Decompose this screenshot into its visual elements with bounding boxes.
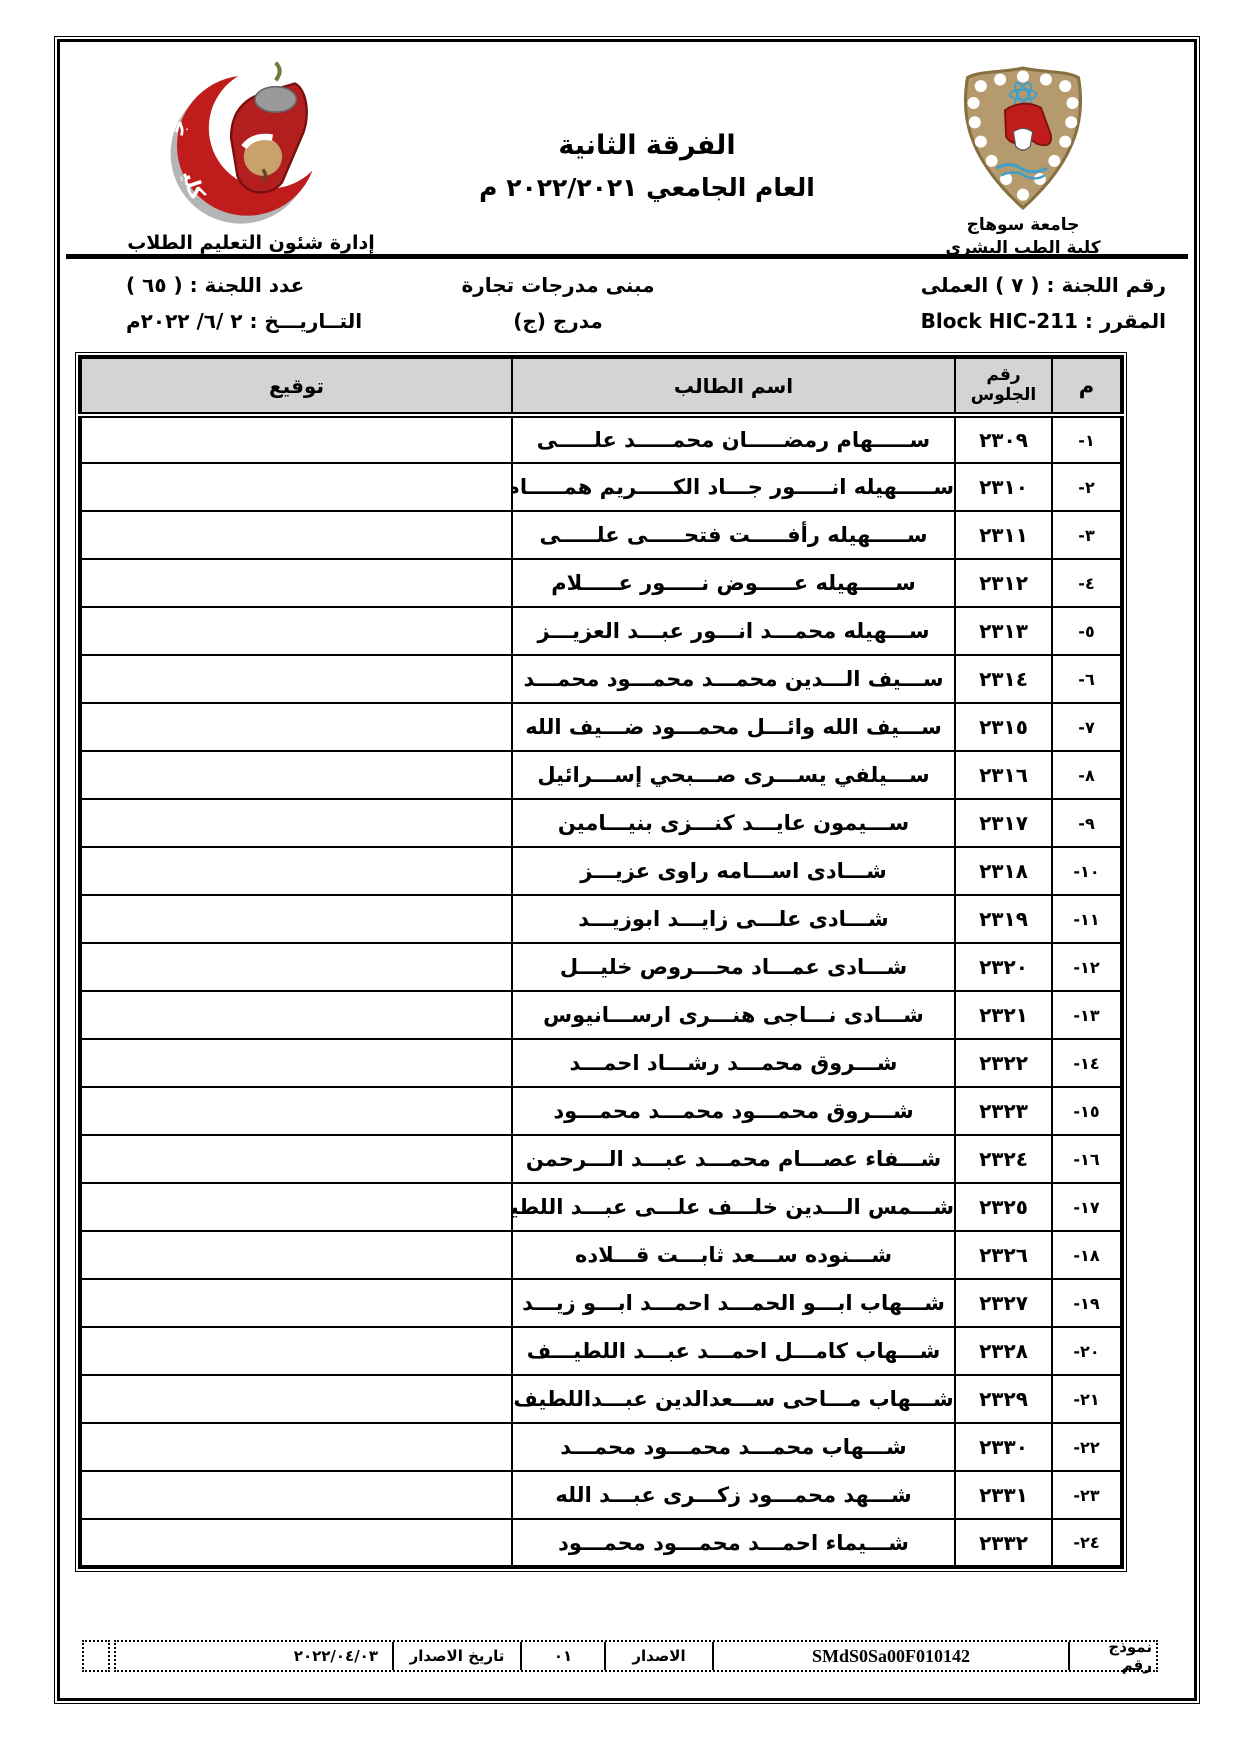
table-row: ٢٠- ٢٣٢٨ شـــهاب كامـــل احمـــد عبـــد … (80, 1327, 1122, 1375)
row-number: ٢٢- (1052, 1423, 1122, 1471)
row-number: ١٤- (1052, 1039, 1122, 1087)
seat-number: ٢٣١٣ (955, 607, 1052, 655)
signature-cell (80, 799, 512, 847)
table-header-row: م رقم الجلوس اسم الطالب توقيع (80, 357, 1122, 415)
row-number: ٢٤- (1052, 1519, 1122, 1567)
signature-cell (80, 751, 512, 799)
table-row: ١٤- ٢٣٢٢ شـــروق محمـــد رشـــاد احمـــد (80, 1039, 1122, 1087)
form-footer: نموذج رقم SMdS0Sa00F010142 الاصدار ٠١ تا… (82, 1640, 1158, 1672)
student-name: شـــيماء احمـــد محمـــود محمـــود (512, 1519, 955, 1567)
committee-count: عدد اللجنة : ( ٦٥ ) (66, 273, 398, 297)
table-row: ١١- ٢٣١٩ شـــادى علـــى زايـــد ابوزيـــ… (80, 895, 1122, 943)
title-block: الفرقة الثانية العام الجامعي ٢٠٢٢/٢٠٢١ م (436, 42, 858, 202)
seat-number: ٢٣٢٢ (955, 1039, 1052, 1087)
table-row: ١٥- ٢٣٢٣ شـــروق محمـــود محمـــد محمـــ… (80, 1087, 1122, 1135)
signature-cell (80, 943, 512, 991)
signature-cell (80, 1279, 512, 1327)
column-header-signature: توقيع (80, 357, 512, 415)
seat-number: ٢٣٣١ (955, 1471, 1052, 1519)
row-number: ١٠- (1052, 847, 1122, 895)
student-name: شـــادى اســـامه راوى عزيـــز (512, 847, 955, 895)
info-row-1: رقم اللجنة : ( ٧ ) العملى مبنى مدرجات تج… (66, 267, 1188, 303)
row-number: ١٥- (1052, 1087, 1122, 1135)
course-code: المقرر : Block HIC-211 (718, 309, 1188, 333)
university-branding: جامعة سوهاج كلية الطب البشرى (858, 42, 1188, 260)
signature-cell (80, 559, 512, 607)
seat-number: ٢٣٢٠ (955, 943, 1052, 991)
table-row: ١٦- ٢٣٢٤ شـــفاء عصـــام محمـــد عبـــد … (80, 1135, 1122, 1183)
table-row: ١٩- ٢٣٢٧ شـــهاب ابـــو الحمـــد احمـــد… (80, 1279, 1122, 1327)
row-number: ٤- (1052, 559, 1122, 607)
signature-cell (80, 1423, 512, 1471)
student-name: ســـيف الله وائـــل محمـــود ضـــيف الله (512, 703, 955, 751)
row-number: ٦- (1052, 655, 1122, 703)
issue-label: الاصدار (604, 1642, 712, 1670)
seat-number: ٢٣٢٩ (955, 1375, 1052, 1423)
student-name: شـــمس الـــدين خلـــف علـــى عبـــد الل… (512, 1183, 955, 1231)
student-name: شـــفاء عصـــام محمـــد عبـــد الـــرحمن (512, 1135, 955, 1183)
row-number: ١٢- (1052, 943, 1122, 991)
form-footer-bar: نموذج رقم SMdS0Sa00F010142 الاصدار ٠١ تا… (114, 1640, 1158, 1672)
seat-number: ٢٣٢٥ (955, 1183, 1052, 1231)
table-row: ٢٣- ٢٣٣١ شـــهد محمـــود زكـــرى عبـــد … (80, 1471, 1122, 1519)
student-name: ســـهيله محمـــد انـــور عبـــد العزيـــ… (512, 607, 955, 655)
signature-cell (80, 1039, 512, 1087)
row-number: ١١- (1052, 895, 1122, 943)
seat-number: ٢٣٣٠ (955, 1423, 1052, 1471)
table-row: ٥- ٢٣١٣ ســـهيله محمـــد انـــور عبـــد … (80, 607, 1122, 655)
grade-title: الفرقة الثانية (436, 130, 858, 161)
building-name: مبنى مدرجات تجارة (398, 273, 718, 297)
table-row: ٤- ٢٣١٢ ســـــهيله عـــــوض نـــــور عــ… (80, 559, 1122, 607)
form-number-label: نموذج رقم (1068, 1642, 1156, 1670)
administration-name: إدارة شئون التعليم الطلاب (66, 232, 436, 254)
row-number: ١٨- (1052, 1231, 1122, 1279)
table-row: ٧- ٢٣١٥ ســـيف الله وائـــل محمـــود ضــ… (80, 703, 1122, 751)
seat-number: ٢٣١٦ (955, 751, 1052, 799)
row-number: ١٧- (1052, 1183, 1122, 1231)
seat-number: ٢٣١٠ (955, 463, 1052, 511)
student-name: شـــروق محمـــود محمـــد محمـــود (512, 1087, 955, 1135)
signature-cell (80, 607, 512, 655)
seat-number: ٢٣١١ (955, 511, 1052, 559)
table-row: ٦- ٢٣١٤ ســـيف الـــدين محمـــد محمـــود… (80, 655, 1122, 703)
student-name: شـــروق محمـــد رشـــاد احمـــد (512, 1039, 955, 1087)
signature-cell (80, 415, 512, 463)
seat-number: ٢٣١٩ (955, 895, 1052, 943)
administration-branding: جامعة سوهاج كلية الطب إدارة شئون التعليم… (66, 42, 436, 254)
seat-number: ٢٣٢٦ (955, 1231, 1052, 1279)
form-code: SMdS0Sa00F010142 (712, 1642, 1068, 1670)
issue-date-value: ٢٠٢٢/٠٤/٠٣ (116, 1642, 392, 1670)
exam-info: رقم اللجنة : ( ٧ ) العملى مبنى مدرجات تج… (66, 259, 1188, 339)
table-row: ١٧- ٢٣٢٥ شـــمس الـــدين خلـــف علـــى ع… (80, 1183, 1122, 1231)
academic-year: العام الجامعي ٢٠٢٢/٢٠٢١ م (436, 173, 858, 202)
seat-number: ٢٣١٥ (955, 703, 1052, 751)
student-table-body: ١- ٢٣٠٩ ســـــهام رمضـــــان محمـــــد ع… (80, 415, 1122, 1567)
seat-number: ٢٣٢٧ (955, 1279, 1052, 1327)
signature-cell (80, 1135, 512, 1183)
student-name: شـــادى علـــى زايـــد ابوزيـــد (512, 895, 955, 943)
signature-cell (80, 703, 512, 751)
table-row: ١٢- ٢٣٢٠ شـــادى عمـــاد محـــروص خليـــ… (80, 943, 1122, 991)
table-row: ١٣- ٢٣٢١ شـــادى نـــاجى هنـــرى ارســـا… (80, 991, 1122, 1039)
seat-number: ٢٣٢١ (955, 991, 1052, 1039)
signature-cell (80, 655, 512, 703)
row-number: ٢٣- (1052, 1471, 1122, 1519)
table-row: ١٠- ٢٣١٨ شـــادى اســـامه راوى عزيـــز (80, 847, 1122, 895)
student-name: شـــهد محمـــود زكـــرى عبـــد الله (512, 1471, 955, 1519)
issue-date-label: تاريخ الاصدار (392, 1642, 520, 1670)
student-name: شـــادى عمـــاد محـــروص خليـــل (512, 943, 955, 991)
signature-cell (80, 847, 512, 895)
table-row: ٩- ٢٣١٧ ســـيمون عايـــد كنـــزى بنيـــا… (80, 799, 1122, 847)
student-name: ســـــهيله انـــــور جـــاد الكـــــريم … (512, 463, 955, 511)
seat-number: ٢٣١٤ (955, 655, 1052, 703)
row-number: ١- (1052, 415, 1122, 463)
table-row: ٢- ٢٣١٠ ســـــهيله انـــــور جـــاد الكـ… (80, 463, 1122, 511)
student-name: شـــهاب محمـــد محمـــود محمـــد (512, 1423, 955, 1471)
seat-number: ٢٣١٢ (955, 559, 1052, 607)
row-number: ١٣- (1052, 991, 1122, 1039)
row-number: ٨- (1052, 751, 1122, 799)
student-name: شـــادى نـــاجى هنـــرى ارســـانيوس (512, 991, 955, 1039)
signature-cell (80, 1087, 512, 1135)
student-name: ســـــهيله رأفـــــت فتحـــــى علـــــى (512, 511, 955, 559)
footer-stub-box (82, 1640, 110, 1672)
row-number: ٣- (1052, 511, 1122, 559)
student-name: شـــهاب ابـــو الحمـــد احمـــد ابـــو ز… (512, 1279, 955, 1327)
row-number: ١٩- (1052, 1279, 1122, 1327)
info-row-2: المقرر : Block HIC-211 مدرج (ج) التــاري… (66, 303, 1188, 339)
faculty-name: كلية الطب البشرى (858, 237, 1188, 260)
table-row: ٢١- ٢٣٢٩ شـــهاب مـــاحى ســـعدالدين عبـ… (80, 1375, 1122, 1423)
seat-number: ٢٣١٧ (955, 799, 1052, 847)
signature-cell (80, 1327, 512, 1375)
signature-cell (80, 511, 512, 559)
student-name: ســـيمون عايـــد كنـــزى بنيـــامين (512, 799, 955, 847)
page-frame: جامعة سوهاج كلية الطب البشرى الفرقة الثا… (54, 36, 1200, 1704)
row-number: ١٦- (1052, 1135, 1122, 1183)
signature-cell (80, 991, 512, 1039)
seat-number: ٢٣٢٤ (955, 1135, 1052, 1183)
seat-number: ٢٣٠٩ (955, 415, 1052, 463)
svg-text:جامعة سوهاج: جامعة سوهاج (135, 58, 191, 138)
table-row: ٣- ٢٣١١ ســـــهيله رأفـــــت فتحـــــى ع… (80, 511, 1122, 559)
seat-number: ٢٣٢٣ (955, 1087, 1052, 1135)
university-shield-icon (949, 62, 1097, 214)
signature-cell (80, 1375, 512, 1423)
seat-number: ٢٣١٨ (955, 847, 1052, 895)
student-name: شـــنوده ســـعد ثابـــت قـــلاده (512, 1231, 955, 1279)
issue-number: ٠١ (520, 1642, 604, 1670)
column-header-seat: رقم الجلوس (955, 357, 1052, 415)
student-name: شـــهاب مـــاحى ســـعدالدين عبـــداللطيف (512, 1375, 955, 1423)
table-row: ١٨- ٢٣٢٦ شـــنوده ســـعد ثابـــت قـــلاد… (80, 1231, 1122, 1279)
row-number: ٢- (1052, 463, 1122, 511)
student-name: ســـــهيله عـــــوض نـــــور عـــــلام (512, 559, 955, 607)
table-row: ٢٢- ٢٣٣٠ شـــهاب محمـــد محمـــود محمـــ… (80, 1423, 1122, 1471)
signature-cell (80, 1471, 512, 1519)
exam-date: التــاريـــخ : ٢ /٦/ ٢٠٢٢م (66, 309, 398, 333)
table-row: ٢٤- ٢٣٣٢ شـــيماء احمـــد محمـــود محمــ… (80, 1519, 1122, 1567)
page-frame-inner: جامعة سوهاج كلية الطب البشرى الفرقة الثا… (57, 39, 1197, 1701)
column-header-name: اسم الطالب (512, 357, 955, 415)
student-name: شـــهاب كامـــل احمـــد عبـــد اللطيـــف (512, 1327, 955, 1375)
university-name: جامعة سوهاج (858, 214, 1188, 237)
seat-number: ٢٣٢٨ (955, 1327, 1052, 1375)
student-roster-table: م رقم الجلوس اسم الطالب توقيع ١- ٢٣٠٩ سـ… (78, 355, 1124, 1569)
student-name: ســـيف الـــدين محمـــد محمـــود محمـــد (512, 655, 955, 703)
table-row: ٨- ٢٣١٦ ســـيلفي يســـرى صـــبحي إســـرا… (80, 751, 1122, 799)
signature-cell (80, 1231, 512, 1279)
row-number: ٢٠- (1052, 1327, 1122, 1375)
row-number: ٩- (1052, 799, 1122, 847)
document-header: جامعة سوهاج كلية الطب البشرى الفرقة الثا… (66, 42, 1188, 254)
row-number: ٧- (1052, 703, 1122, 751)
row-number: ٢١- (1052, 1375, 1122, 1423)
column-header-index: م (1052, 357, 1122, 415)
table-row: ١- ٢٣٠٩ ســـــهام رمضـــــان محمـــــد ع… (80, 415, 1122, 463)
row-number: ٥- (1052, 607, 1122, 655)
signature-cell (80, 1183, 512, 1231)
student-name: ســـــهام رمضـــــان محمـــــد علـــــى (512, 415, 955, 463)
crescent-logo-icon: جامعة سوهاج كلية الطب (135, 58, 367, 230)
signature-cell (80, 895, 512, 943)
signature-cell (80, 1519, 512, 1567)
signature-cell (80, 463, 512, 511)
exam-attendance-sheet: { "header": { "right": { "logo": "sohag-… (0, 0, 1240, 1754)
student-name: ســـيلفي يســـرى صـــبحي إســـرائيل (512, 751, 955, 799)
committee-number: رقم اللجنة : ( ٧ ) العملى (718, 273, 1188, 297)
hall-name: مدرج (ج) (398, 309, 718, 333)
seat-number: ٢٣٣٢ (955, 1519, 1052, 1567)
